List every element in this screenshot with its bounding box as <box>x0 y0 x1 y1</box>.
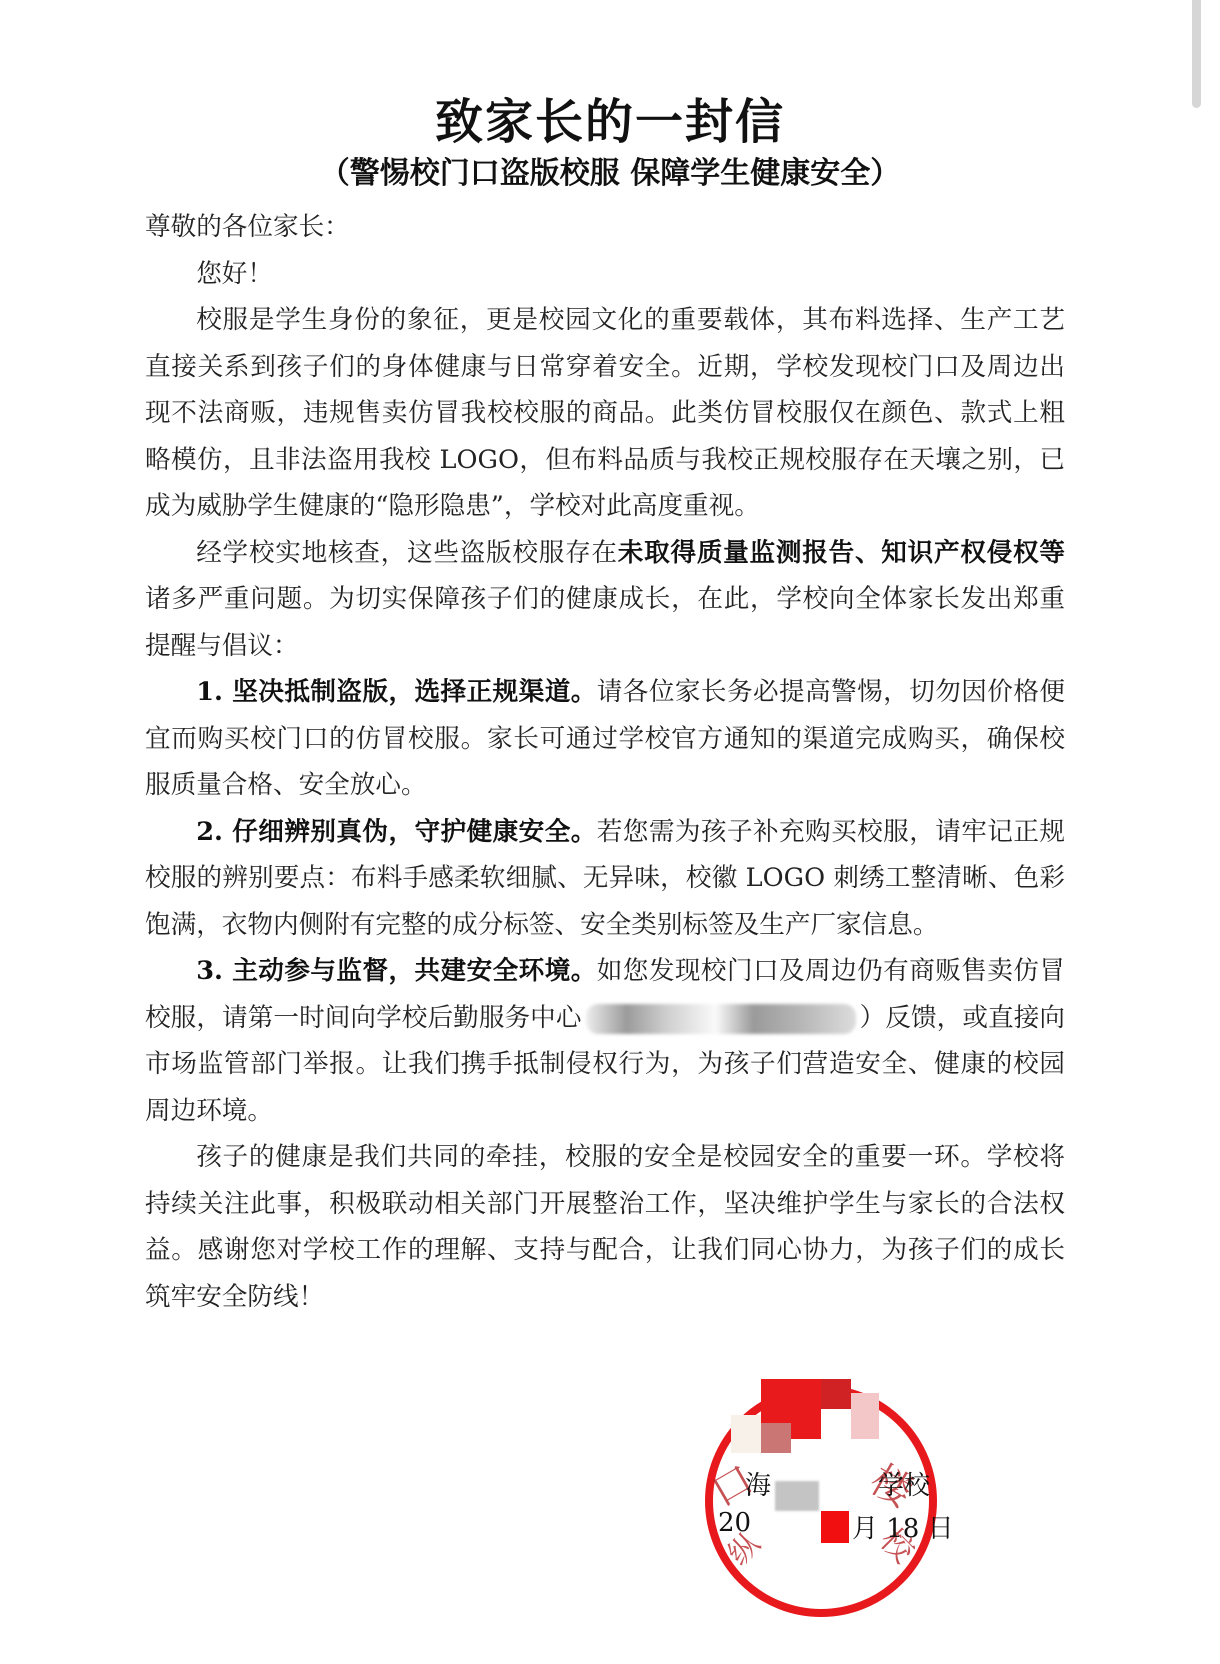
redacted-contact-info <box>586 1004 856 1034</box>
findings-bold: 未取得质量监测报告、知识产权侵权等 <box>618 538 1065 568</box>
list-item-1: 1. 坚决抵制盗版，选择正规渠道。请各位家长务必提高警惕，切勿因价格便宜而购买校… <box>145 669 1065 809</box>
item3-heading: 3. 主动参与监督，共建安全环境。 <box>196 956 597 986</box>
signature-date-suffix: 月 18 日 <box>852 1508 954 1545</box>
list-item-2: 2. 仔细辨别真伪，守护健康安全。若您需为孩子补充购买校服，请牢记正规校服的辨别… <box>145 809 1065 949</box>
seal-redaction-mosaic <box>821 1379 851 1409</box>
letter-body: 尊敬的各位家长： 您好！ 校服是学生身份的象征，更是校园文化的重要载体，其布料选… <box>145 204 1065 1320</box>
signature-date-prefix: 20 <box>718 1508 751 1538</box>
greeting: 您好！ <box>145 251 1065 298</box>
findings-text-pre: 经学校实地核查，这些盗版校服存在 <box>196 538 618 568</box>
document-subtitle: （警惕校门口盗版校服 保障学生健康安全） <box>0 154 1220 194</box>
salutation: 尊敬的各位家长： <box>145 204 1065 251</box>
signature-school-prefix: 海 <box>745 1465 771 1502</box>
document-title: 致家长的一封信 <box>0 92 1220 152</box>
seal-redaction-mosaic <box>821 1511 849 1543</box>
seal-redaction-mosaic <box>731 1415 761 1453</box>
seal-redaction-mosaic <box>851 1393 879 1439</box>
list-item-3: 3. 主动参与监督，共建安全环境。如您发现校门口及周边仍有商贩售卖仿冒校服，请第… <box>145 948 1065 1134</box>
findings-text-post: 诸多严重问题。为切实保障孩子们的健康成长，在此，学校向全体家长发出郑重提醒与倡议… <box>145 584 1065 661</box>
paragraph-intro: 校服是学生身份的象征，更是校园文化的重要载体，其布料选择、生产工艺直接关系到孩子… <box>145 297 1065 530</box>
seal-redaction-mosaic <box>761 1423 791 1453</box>
signature-school-suffix: 学校 <box>878 1465 930 1502</box>
seal-redaction-mosaic <box>775 1481 819 1511</box>
item1-heading: 1. 坚决抵制盗版，选择正规渠道。 <box>196 677 597 707</box>
item2-heading: 2. 仔细辨别真伪，守护健康安全。 <box>196 817 597 847</box>
paragraph-closing: 孩子的健康是我们共同的牵挂，校服的安全是校园安全的重要一环。学校将持续关注此事，… <box>145 1134 1065 1320</box>
paragraph-findings: 经学校实地核查，这些盗版校服存在未取得质量监测报告、知识产权侵权等诸多严重问题。… <box>145 530 1065 670</box>
